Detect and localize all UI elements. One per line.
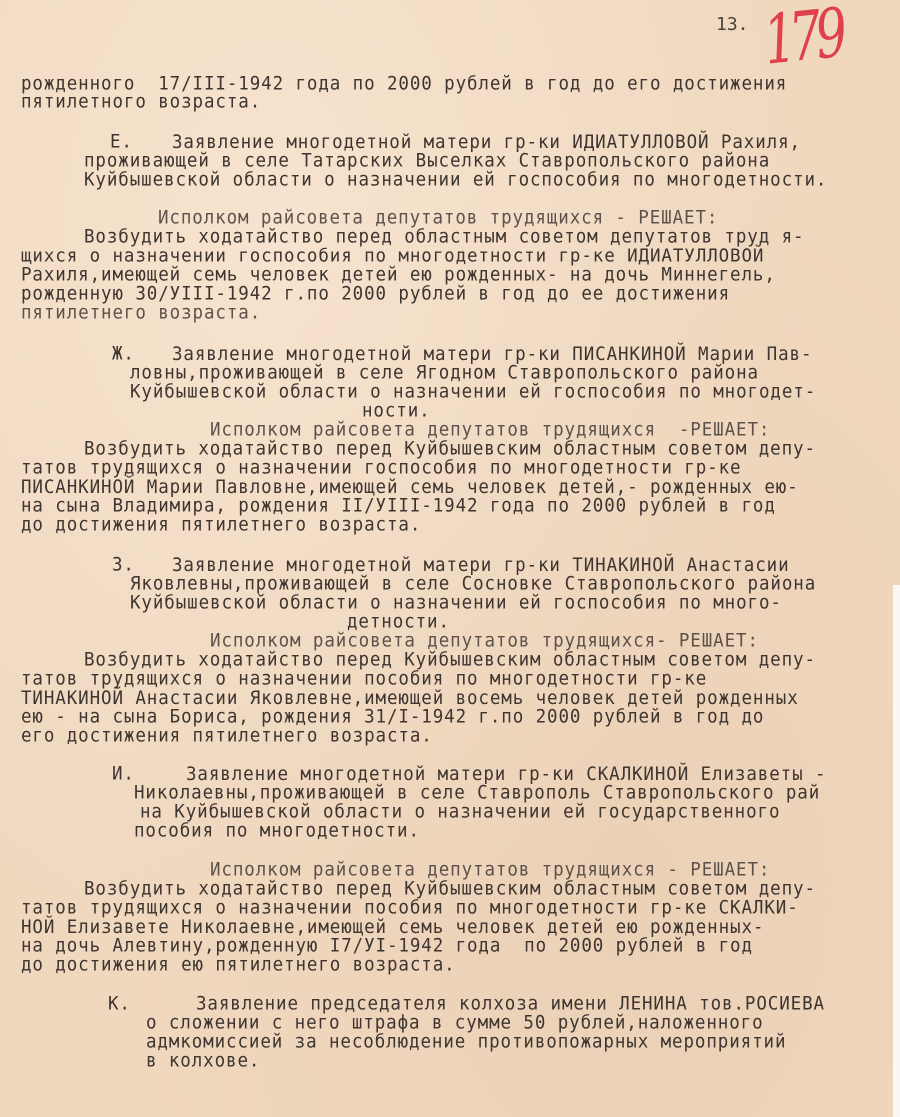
section-k-statement: Заявление председателя колхоза имени ЛЕН… [196,994,825,1015]
section-e-decision: рожденную 30/УIII-1942 г.по 2000 рублей … [21,284,730,305]
section-e-statement: проживающей в селе Татарских Выселках Ст… [84,151,770,172]
section-zh-statement: Заявление многодетной матери гр-ки ПИСАН… [172,344,812,365]
section-zh-decision: ПИСАНКИНОЙ Марии Павловне,имеющей семь ч… [21,477,799,498]
section-k-statement: в колхове. [146,1051,260,1072]
section-i-statement: на Куйбышевской области о назначении ей … [140,802,780,823]
section-zh-decision: на сына Владимира, рождения II/УIII-1942… [21,496,776,517]
section-k-statement: о сложении с него штрафа в сумме 50 рубл… [146,1013,764,1034]
section-i-statement: Заявление многодетной матери гр-ки СКАЛК… [186,764,826,785]
section-z-decision-header: Исполком райсовета депутатов трудящихся-… [210,631,759,652]
section-z-statement: Куйбышевской области о назначении ей гос… [130,593,782,614]
section-e-decision: Рахиля,имеющей семь человек детей ею рож… [21,265,776,286]
section-e-statement: Куйбышевской области о назначении ей гос… [84,170,827,191]
section-i-decision: до достижения ею пятилетнего возраста. [21,955,456,976]
handwritten-archive-number: 179 [760,0,845,80]
section-i-statement: Николаевны,проживающей в селе Ставрополь… [134,783,820,804]
section-i-decision: татов трудящихся о назначении пособия по… [21,898,799,919]
continuation-line: пятилетного возраста. [21,92,261,113]
section-zh-letter: Ж. [112,344,135,365]
section-i-decision: Возбудить ходатайство перед Куйбышевским… [84,879,816,900]
section-z-decision: его достижения пятилетнего возраста. [21,726,433,747]
section-i-decision-header: Исполком райсовета депутатов трудящихся … [210,860,770,881]
section-z-decision: татов трудящихся о назначении пособия по… [21,669,707,690]
section-e-decision: Возбудить ходатайство перед областным со… [84,227,804,248]
section-zh-decision-header: Исполком райсовета депутатов трудящихся … [210,420,770,441]
section-zh-decision: Возбудить ходатайство перед Куйбышевским… [84,439,816,460]
section-k-letter: К. [108,994,131,1015]
section-e-statement: Заявление многодетной матери гр-ки ИДИАТ… [172,132,801,153]
section-zh-decision: до достижения пятилетнего возраста. [21,515,421,536]
section-zh-statement: ловны,проживающей в селе Ягодном Ставроп… [130,363,759,384]
section-i-letter: И. [112,764,135,785]
section-e-letter: Е. [110,132,133,153]
section-zh-statement: Куйбышевской области о назначении ей гос… [130,382,816,403]
torn-page-edge [893,585,900,1117]
section-e-decision: пятилетнего возраста. [21,303,261,324]
section-e-decision: щихся о назначении госпособия по многоде… [21,246,764,267]
section-i-decision: НОЙ Елизавете Николаевне,имеющей семь че… [21,917,764,938]
section-zh-statement: ности. [362,401,431,422]
page-number: 13. [716,14,749,35]
section-z-decision: ТИНАКИНОЙ Анастасии Яковлевне,имеющей во… [21,688,799,709]
section-z-decision: ею - на сына Бориса, рождения 31/I-1942 … [21,707,764,728]
section-z-statement: Яковлевны,проживающей в селе Сосновке Ст… [130,574,816,595]
section-i-decision: на дочь Алевтину,рожденную I7/УI-1942 го… [21,936,753,957]
section-i-statement: пособия по многодетности. [134,821,420,842]
section-z-statement: детности. [347,612,450,633]
section-z-decision: Возбудить ходатайство перед Куйбышевским… [84,650,816,671]
document-page: 13. 179 рожденного 17/III-1942 года по 2… [0,0,900,1117]
section-e-decision-header: Исполком райсовета депутатов трудящихся … [158,208,718,229]
section-z-statement: Заявление многодетной матери гр-ки ТИНАК… [172,555,790,576]
section-k-statement: адмкомиссией за несоблюдение противопожа… [146,1032,786,1053]
section-z-letter: З. [112,555,135,576]
section-zh-decision: татов трудящихся о назначении госпособия… [21,458,741,479]
